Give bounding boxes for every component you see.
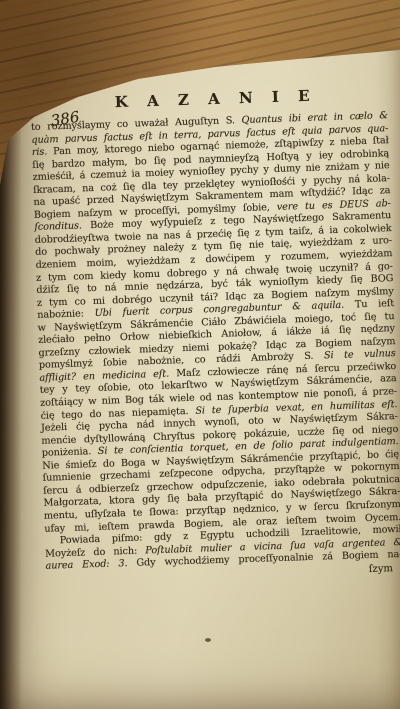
polish-segment: nabożnie:	[37, 308, 95, 321]
page-left-edge-shadow	[0, 120, 22, 709]
polish-segment: Tu ieſt	[344, 298, 394, 311]
ink-speck	[205, 638, 211, 642]
photo-of-book-page: 386 K A Z A N I E to rozmyślaymy co uważ…	[0, 0, 400, 709]
printed-text-block: 386 K A Z A N I E to rozmyślaymy co uważ…	[30, 84, 400, 586]
body-text: to rozmyślaymy co uważał Auguſtyn S. Qua…	[31, 110, 400, 573]
book-page: 386 K A Z A N I E to rozmyślaymy co uważ…	[0, 0, 400, 709]
latin-italic-segment: Si te vulnus	[324, 348, 396, 361]
latin-italic-segment: ris.	[32, 147, 48, 159]
polish-segment: poniżenia.	[42, 446, 98, 459]
latin-italic-segment: aurea Exod: 3.	[45, 558, 127, 572]
latin-italic-segment: ſconditus.	[34, 221, 82, 234]
